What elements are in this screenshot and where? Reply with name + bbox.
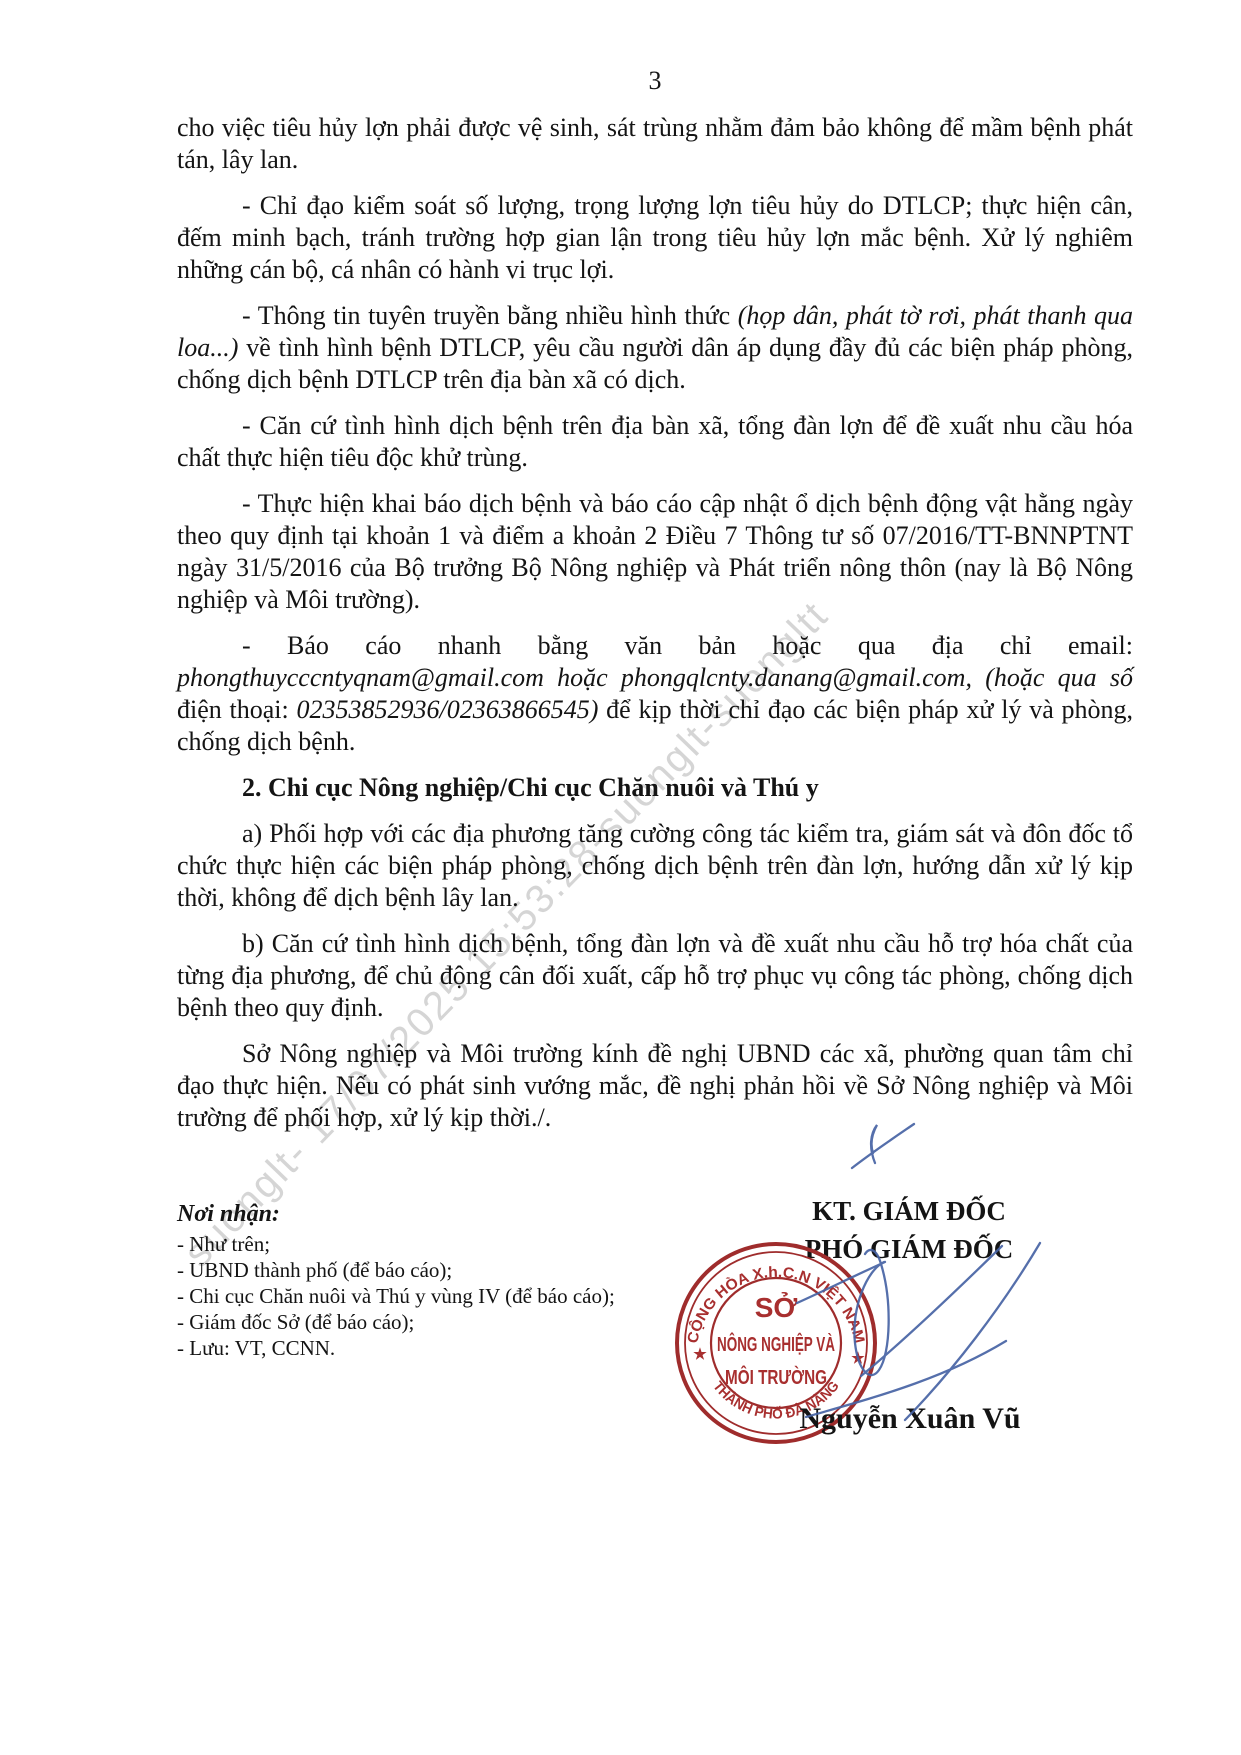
body-paragraph: b) Căn cứ tình hình dịch bệnh, tổng đàn … [177,928,1133,1024]
stamp-center-line3: MÔI TRƯỜNG [725,1365,827,1389]
text-segment: - Chỉ đạo kiểm soát số lượng, trọng lượn… [177,191,1133,284]
signature-stroke-right [905,1243,1040,1420]
text-segment: 2. Chi cục Nông nghiệp/Chi cục Chăn nuôi… [242,773,819,802]
section-heading: 2. Chi cục Nông nghiệp/Chi cục Chăn nuôi… [177,772,1133,804]
body-paragraph: - Chỉ đạo kiểm soát số lượng, trọng lượn… [177,190,1133,286]
recipients-heading: Nơi nhận: [177,1199,615,1229]
recipient-item: - UBND thành phố (để báo cáo); [177,1257,615,1283]
text-segment: phongqlcnty.danang@gmail.com, (hoặc qua … [621,663,1133,692]
body-paragraph: - Căn cứ tình hình dịch bệnh trên địa bà… [177,410,1133,474]
body-paragraph: cho việc tiêu hủy lợn phải được vệ sinh,… [177,112,1133,176]
text-segment: - Thực hiện khai báo dịch bệnh và báo cá… [177,489,1133,614]
signer-title-kt-giam-doc: KT. GIÁM ĐỐC [683,1192,1135,1230]
body-paragraph: Sở Nông nghiệp và Môi trường kính đề ngh… [177,1038,1133,1134]
body-paragraph: a) Phối hợp với các địa phương tăng cườn… [177,818,1133,914]
text-segment: b) Căn cứ tình hình dịch bệnh, tổng đàn … [177,929,1133,1022]
text-segment: hoặc [544,663,621,692]
text-segment: - Căn cứ tình hình dịch bệnh trên địa bà… [177,411,1133,472]
signer-name: Nguyễn Xuân Vũ [785,1402,1035,1436]
recipient-item: - Giám đốc Sở (để báo cáo); [177,1309,615,1335]
recipient-item: - Chi cục Chăn nuôi và Thú y vùng IV (để… [177,1283,615,1309]
recipient-item: - Lưu: VT, CCNN. [177,1335,615,1361]
text-segment: cho việc tiêu hủy lợn phải được vệ sinh,… [177,113,1133,174]
text-segment: a) Phối hợp với các địa phương tăng cườn… [177,819,1133,912]
stamp-center-line2: NÔNG NGHIỆP VÀ [717,1332,835,1356]
recipients-list: - Như trên;- UBND thành phố (để báo cáo)… [177,1231,615,1361]
page-number: 3 [177,66,1133,96]
text-segment: - Thông tin tuyên truyền bằng nhiều hình… [242,301,738,330]
text-segment: về tình hình bệnh DTLCP, yêu cầu người d… [177,333,1133,394]
body-paragraph: - Thông tin tuyên truyền bằng nhiều hình… [177,300,1133,396]
stamp-star-left-icon: ★ [693,1346,707,1363]
stamp-center-line1: SỞ [755,1291,798,1323]
document-page: suonglt- 17/07/2025 15:53:28-suonglt-suo… [0,0,1241,1755]
recipient-item: - Như trên; [177,1231,615,1257]
recipients-block: Nơi nhận: - Như trên;- UBND thành phố (đ… [177,1199,615,1361]
text-segment: phongthuycccntyqnam@gmail.com [177,663,544,692]
body-paragraph: - Báo cáo nhanh bằng văn bản hoặc qua đị… [177,630,1133,758]
text-segment: 02353852936/02363866545) [297,695,599,724]
stamp-star-right-icon: ★ [851,1350,865,1367]
text-segment: - Báo cáo nhanh bằng văn bản hoặc qua đị… [242,631,1133,660]
document-body: cho việc tiêu hủy lợn phải được vệ sinh,… [177,112,1133,1148]
text-segment: điện thoại: [177,695,297,724]
body-paragraph: - Thực hiện khai báo dịch bệnh và báo cá… [177,488,1133,616]
text-segment: Sở Nông nghiệp và Môi trường kính đề ngh… [177,1039,1133,1132]
